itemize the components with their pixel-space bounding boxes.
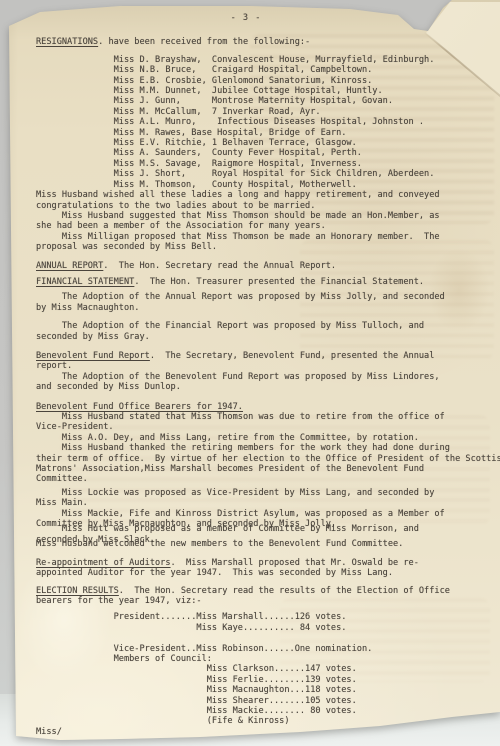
- election-result-row: Miss Ferlie........139 votes.: [36, 675, 498, 685]
- dey-lang-paragraph: Miss A.O. Dey, and Miss Lang, retire fro…: [36, 433, 498, 443]
- resignations-heading: RESIGNATIONS. have been received from th…: [36, 37, 498, 47]
- election-results-table: President.......Miss Marshall......126 v…: [36, 612, 498, 726]
- resignation-row: Miss J. Short, Royal Hospital for Sick C…: [36, 169, 498, 179]
- financial-statement-heading-label: FINANCIAL STATEMENT: [36, 277, 134, 287]
- reappointment-heading-label: Re-appointment of Auditors: [36, 558, 171, 568]
- adoption-annual-paragraph: The Adoption of the Annual Report was pr…: [36, 292, 498, 313]
- lockie-paragraph: Miss Lockie was proposed as Vice-Preside…: [36, 488, 498, 509]
- resignation-row: Miss M. McCallum, 7 Inverkar Road, Ayr.: [36, 107, 498, 117]
- resignation-row: Miss M. Rawes, Base Hospital, Bridge of …: [36, 128, 498, 138]
- benevolent-fund-report-heading-label: Benevolent Fund Report: [36, 351, 150, 361]
- resignation-row: Miss J. Gunn, Montrose Maternity Hospita…: [36, 96, 498, 106]
- benevolent-fund-report-heading: Benevolent Fund Report. The Secretary, B…: [36, 351, 498, 372]
- scan-background: - 3 - RESIGNATIONS. have been received f…: [0, 0, 500, 746]
- election-result-row: Miss Clarkson......147 votes.: [36, 664, 498, 674]
- financial-statement-heading: FINANCIAL STATEMENT. The Hon. Treasurer …: [36, 277, 498, 287]
- election-result-row: Miss Shearer.......105 votes.: [36, 696, 498, 706]
- document-page: - 3 - RESIGNATIONS. have been received f…: [0, 0, 500, 746]
- election-result-row: Miss Macnaughton...118 votes.: [36, 685, 498, 695]
- election-result-row: President.......Miss Marshall......126 v…: [36, 612, 498, 622]
- welcome-paragraph: Miss Husband welcomed the new members to…: [36, 539, 498, 549]
- paper-sheet: - 3 - RESIGNATIONS. have been received f…: [0, 0, 500, 746]
- resignation-row: Miss M.S. Savage, Raigmore Hospital, Inv…: [36, 159, 498, 169]
- thanked-retiring-paragraph: Miss Husband thanked the retiring member…: [36, 443, 498, 485]
- election-result-row: Members of Council:: [36, 654, 498, 664]
- reappointment-heading: Re-appointment of Auditors. Miss Marshal…: [36, 558, 498, 579]
- page-number: - 3 -: [36, 13, 456, 23]
- election-result-row: [36, 633, 498, 643]
- resignation-row: Miss E.V. Ritchie, 1 Belhaven Terrace, G…: [36, 138, 498, 148]
- resignation-row: Miss A. Saunders, County Fever Hospital,…: [36, 148, 498, 158]
- resignation-row: Miss E.B. Crosbie, Glenlomond Sanatorium…: [36, 76, 498, 86]
- thomson-retire-paragraph: Miss Husband stated that Miss Thomson wa…: [36, 412, 498, 433]
- election-result-row: Vice-President..Miss Robinson......One n…: [36, 644, 498, 654]
- milligan-proposal-paragraph: Miss Milligan proposed that Miss Thomson…: [36, 232, 498, 253]
- annual-report-heading: ANNUAL REPORT. The Hon. Secretary read t…: [36, 261, 498, 271]
- election-result-row: Miss Kaye.......... 84 votes.: [36, 623, 498, 633]
- election-result-row: (Fife & Kinross): [36, 716, 498, 726]
- election-results-heading: ELECTION RESULTS. The Hon. Secretary rea…: [36, 586, 498, 607]
- resignation-row: Miss M. Thomson, County Hospital, Mother…: [36, 180, 498, 190]
- resignations-list: Miss D. Brayshaw, Convalescent House, Mu…: [36, 55, 498, 190]
- office-bearers-heading-label: Benevolent Fund Office Bearers for 1947.: [36, 402, 243, 412]
- election-results-heading-label: ELECTION RESULTS: [36, 586, 119, 596]
- annual-report-heading-label: ANNUAL REPORT: [36, 261, 103, 271]
- resignation-row: Miss A.L. Munro, Infectious Diseases Hos…: [36, 117, 498, 127]
- resignation-row: Miss D. Brayshaw, Convalescent House, Mu…: [36, 55, 498, 65]
- hon-member-paragraph: Miss Husband suggested that Miss Thomson…: [36, 211, 498, 232]
- office-bearers-heading: Benevolent Fund Office Bearers for 1947.: [36, 402, 498, 412]
- election-result-row: Miss Mackie........ 80 votes.: [36, 706, 498, 716]
- adoption-financial-paragraph: The Adoption of the Financial Report was…: [36, 321, 498, 342]
- catchword: Miss/: [36, 727, 498, 737]
- resignation-row: Miss M.M. Dunnet, Jubilee Cottage Hospit…: [36, 86, 498, 96]
- retirement-paragraph: Miss Husband wished all these ladies a l…: [36, 190, 498, 211]
- resignations-heading-rest: . have been received from the following:…: [98, 37, 310, 47]
- financial-statement-text: . The Hon. Treasurer presented the Finan…: [134, 277, 424, 287]
- resignation-row: Miss N.B. Bruce, Craigard Hospital, Camp…: [36, 65, 498, 75]
- resignations-heading-label: RESIGNATIONS: [36, 37, 98, 47]
- page-content: - 3 - RESIGNATIONS. have been received f…: [36, 13, 498, 737]
- annual-report-text: . The Hon. Secretary read the Annual Rep…: [103, 261, 336, 271]
- adoption-benevolent-paragraph: The Adoption of the Benevolent Fund Repo…: [36, 372, 498, 393]
